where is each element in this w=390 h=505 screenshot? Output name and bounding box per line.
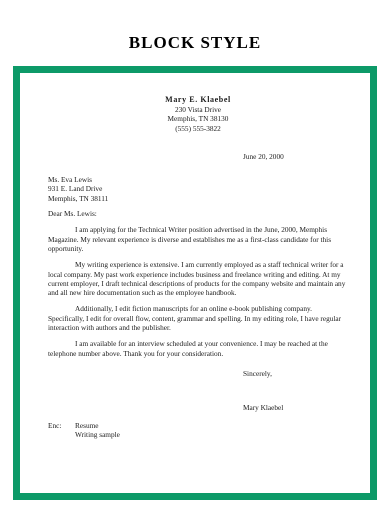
letterhead-phone: (555) 555-3822 [48, 124, 348, 133]
salutation: Dear Ms. Lewis: [48, 209, 348, 218]
recipient-street: 931 E. Land Drive [48, 184, 348, 193]
enclosure-item-resume: Resume [75, 421, 120, 430]
paragraph-2: My writing experience is extensive. I am… [48, 260, 348, 297]
paragraph-1: I am applying for the Technical Writer p… [48, 225, 348, 253]
letterhead-name: Mary E. Klaebel [48, 95, 348, 105]
page-title: BLOCK STYLE [0, 33, 390, 53]
recipient-city: Memphis, TN 38111 [48, 194, 348, 203]
closing: Sincerely, [243, 369, 348, 378]
signature-name: Mary Klaebel [243, 403, 348, 412]
enclosure-label: Enc: [48, 421, 75, 440]
paragraph-4: I am available for an interview schedule… [48, 339, 348, 358]
closing-block: Sincerely, Mary Klaebel [243, 369, 348, 413]
letterhead-address-line2: Memphis, TN 38130 [48, 114, 348, 123]
letter-body: Mary E. Klaebel 230 Vista Drive Memphis,… [20, 73, 370, 493]
enclosure-item-writing-sample: Writing sample [75, 430, 120, 439]
letter-border-frame: Mary E. Klaebel 230 Vista Drive Memphis,… [13, 66, 377, 500]
date-line: June 20, 2000 [243, 152, 348, 161]
enclosure-items: Resume Writing sample [75, 421, 120, 440]
recipient-address: Ms. Eva Lewis 931 E. Land Drive Memphis,… [48, 175, 348, 203]
enclosure-block: Enc: Resume Writing sample [48, 421, 348, 440]
letterhead: Mary E. Klaebel 230 Vista Drive Memphis,… [48, 95, 348, 133]
paragraph-3: Additionally, I edit fiction manuscripts… [48, 304, 348, 332]
recipient-name: Ms. Eva Lewis [48, 175, 348, 184]
letterhead-address-line1: 230 Vista Drive [48, 105, 348, 114]
